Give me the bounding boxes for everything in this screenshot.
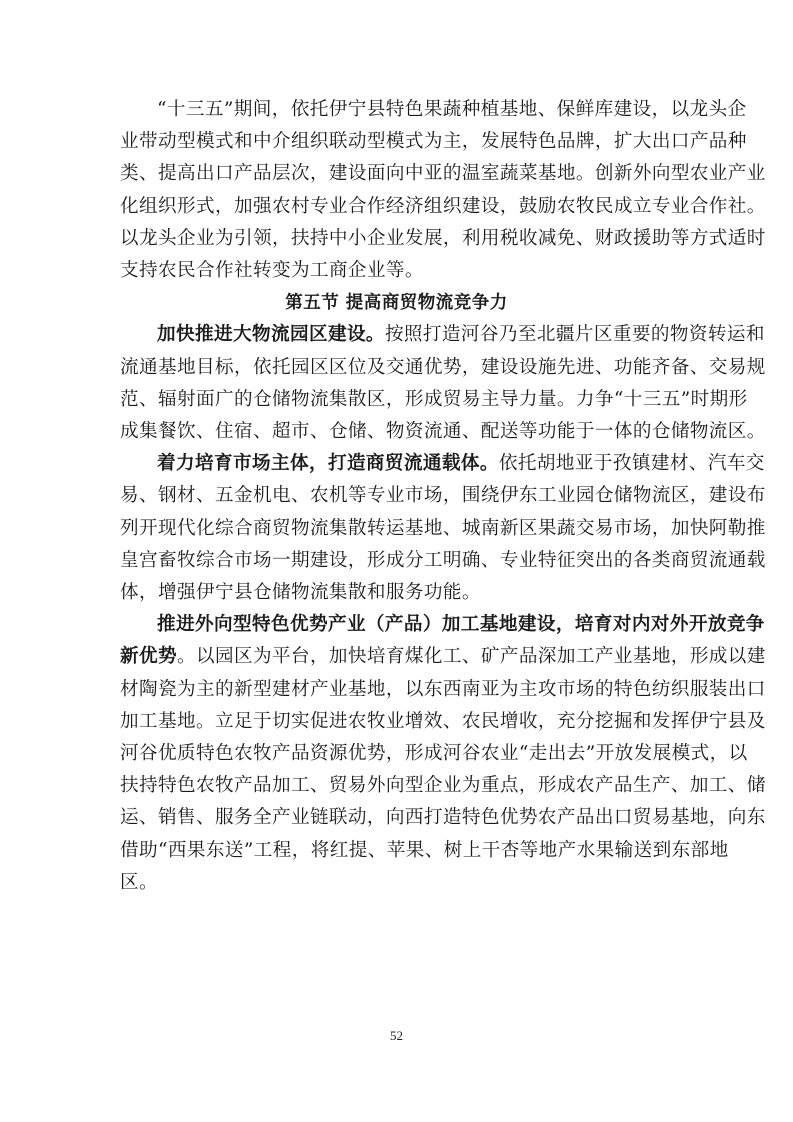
text-line: 河谷优质特色农牧产品资源优势，形成河谷农业“走出去”开放发展模式，以 xyxy=(120,738,673,770)
text-line: 成集餐饮、住宿、超市、仓储、物资流通、配送等功能于一体的仓储物流区。 xyxy=(120,416,673,448)
bold-lead: 着力培育市场主体，打造商贸流通载体。 xyxy=(157,453,499,474)
text-line: 支持农民合作社转变为工商企业等。 xyxy=(120,255,673,287)
paragraph-logistics-park: 加快推进大物流园区建设。按照打造河谷乃至北疆片区重要的物资转运和 流通基地目标，… xyxy=(120,319,673,448)
text-line: 运、销售、服务全产业链联动，向西打造特色优势农产品出口贸易基地，向东 xyxy=(120,802,673,834)
text-line: 流通基地目标，依托园区区位及交通优势，建设设施先进、功能齐备、交易规 xyxy=(120,352,673,384)
paragraph-processing-base: 推进外向型特色优势产业（产品）加工基地建设，培育对内对外开放竞争 新优势。以园区… xyxy=(120,609,673,899)
text-run: 。以园区为平台，加快培育煤化工、矿产品深加工产业基地，形成以建 xyxy=(177,646,766,667)
bold-lead-continued: 新优势 xyxy=(120,646,177,667)
text-line: 区。 xyxy=(120,867,673,899)
text-line: 以龙头企业为引领，扶持中小企业发展，利用税收减免、财政援助等方式适时 xyxy=(120,223,673,255)
text-line: 皇宫畜牧综合市场一期建设，形成分工明确、专业特征突出的各类商贸流通载 xyxy=(120,545,673,577)
text-line: “十三五”期间，依托伊宁县特色果蔬种植基地、保鲜库建设，以龙头企 xyxy=(120,94,673,126)
text-run: 依托胡地亚于孜镇建材、汽车交 xyxy=(499,453,765,474)
text-line: 推进外向型特色优势产业（产品）加工基地建设，培育对内对外开放竞争 xyxy=(120,609,673,641)
text-line: 范、辐射面广的仓储物流集散区，形成贸易主导力量。力争“十三五”时期形 xyxy=(120,384,673,416)
bold-lead: 推进外向型特色优势产业（产品）加工基地建设，培育对内对外开放竞争 xyxy=(157,614,765,635)
text-line: 新优势。以园区为平台，加快培育煤化工、矿产品深加工产业基地，形成以建 xyxy=(120,641,673,673)
bold-lead: 加快推进大物流园区建设。 xyxy=(157,324,385,345)
text-line: 业带动型模式和中介组织联动型模式为主，发展特色品牌，扩大出口产品种 xyxy=(120,126,673,158)
text-line: 材陶瓷为主的新型建材产业基地，以东西南亚为主攻市场的特色纺织服装出口 xyxy=(120,674,673,706)
text-run: 按照打造河谷乃至北疆片区重要的物资转运和 xyxy=(385,324,765,345)
page-number: 52 xyxy=(0,1028,793,1044)
text-line: 类、提高出口产品层次，建设面向中亚的温室蔬菜基地。创新外向型农业产业 xyxy=(120,158,673,190)
paragraph-market-entities: 着力培育市场主体，打造商贸流通载体。依托胡地亚于孜镇建材、汽车交 易、钢材、五金… xyxy=(120,448,673,609)
text-line: 化组织形式，加强农村专业合作经济组织建设，鼓励农牧民成立专业合作社。 xyxy=(120,191,673,223)
text-line: 加快推进大物流园区建设。按照打造河谷乃至北疆片区重要的物资转运和 xyxy=(120,319,673,351)
section-heading: 第五节 提高商贸物流竞争力 xyxy=(120,287,673,319)
text-line: 借助“西果东送”工程，将红提、苹果、树上干杏等地产水果输送到东部地 xyxy=(120,835,673,867)
paragraph-agri-export: “十三五”期间，依托伊宁县特色果蔬种植基地、保鲜库建设，以龙头企 业带动型模式和… xyxy=(120,94,673,287)
text-line: 易、钢材、五金机电、农机等专业市场，围绕伊东工业园仓储物流区，建设布 xyxy=(120,480,673,512)
text-line: 体，增强伊宁县仓储物流集散和服务功能。 xyxy=(120,577,673,609)
text-line: 扶持特色农牧产品加工、贸易外向型企业为重点，形成农产品生产、加工、储 xyxy=(120,770,673,802)
text-line: 列开现代化综合商贸物流集散转运基地、城南新区果蔬交易市场，加快阿勒推 xyxy=(120,513,673,545)
document-page: “十三五”期间，依托伊宁县特色果蔬种植基地、保鲜库建设，以龙头企 业带动型模式和… xyxy=(120,94,673,899)
text-line: 加工基地。立足于切实促进农牧业增效、农民增收，充分挖掘和发挥伊宁县及 xyxy=(120,706,673,738)
text-line: 着力培育市场主体，打造商贸流通载体。依托胡地亚于孜镇建材、汽车交 xyxy=(120,448,673,480)
